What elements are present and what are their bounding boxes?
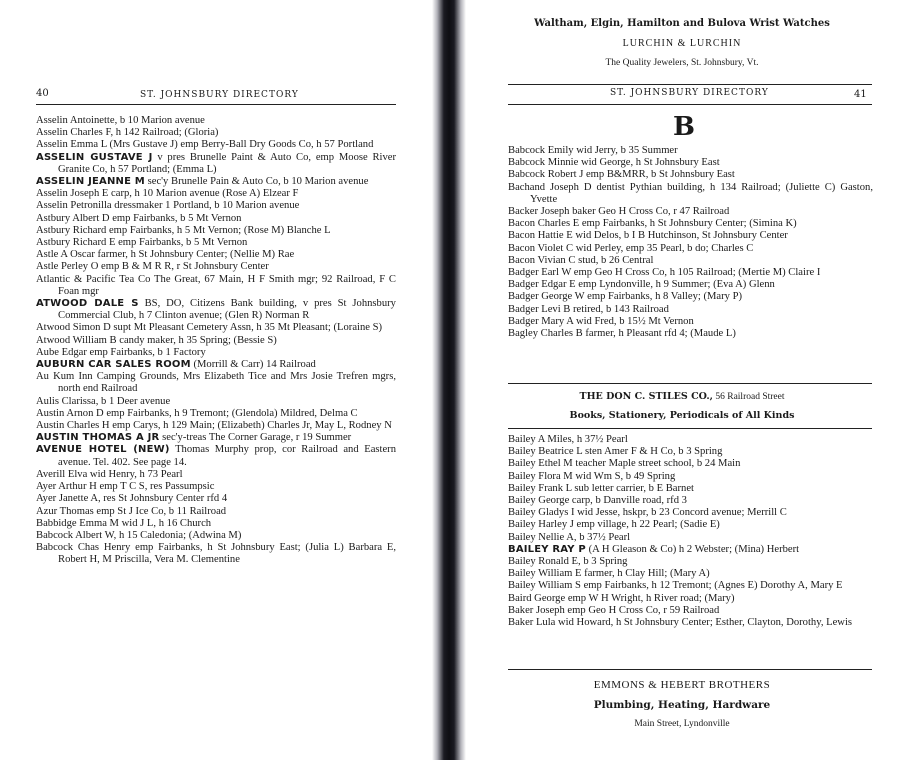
page-number: 41 — [854, 89, 867, 100]
entry-bold-name: ASSELIN GUSTAVE J — [36, 152, 153, 163]
directory-entry: Babcock Chas Henry emp Fairbanks, h St J… — [36, 542, 396, 566]
entry-text: Baker Lula wid Howard, h St Johnsbury Ce… — [508, 617, 852, 628]
directory-entry: Bailey Flora M wid Wm S, b 49 Spring — [508, 471, 873, 483]
ad-line: THE DON C. STILES CO., 56 Railroad Stree… — [460, 391, 904, 402]
directory-entry: Bailey Frank L sub letter carrier, b E B… — [508, 483, 873, 495]
directory-entry: AUBURN CAR SALES ROOM (Morrill & Carr) 1… — [36, 359, 396, 371]
directory-entry: Ayer Janette A, res St Johnsbury Center … — [36, 493, 396, 505]
directory-entry: Bacon Violet C wid Perley, emp 35 Pearl,… — [508, 243, 873, 255]
entry-text: Averill Elva wid Henry, h 73 Pearl — [36, 469, 183, 480]
running-head: ST. JOHNSBURY DIRECTORY — [140, 90, 299, 100]
directory-entry: Badger Mary A wid Fred, b 15½ Mt Vernon — [508, 316, 873, 328]
entry-text: Atlantic & Pacific Tea Co The Great, 67 … — [36, 274, 396, 297]
directory-entry: Bailey Ethel M teacher Maple street scho… — [508, 458, 873, 470]
entry-text: Bailey Gladys I wid Jesse, hskpr, b 23 C… — [508, 507, 787, 518]
entry-text: Bailey William E farmer, h Clay Hill; (M… — [508, 568, 710, 579]
entry-text: Babcock Albert W, h 15 Caledonia; (Adwin… — [36, 530, 241, 541]
entry-text: Astbury Albert D emp Fairbanks, b 5 Mt V… — [36, 213, 241, 224]
directory-entry: Astle Perley O emp B & M R R, r St Johns… — [36, 261, 396, 273]
directory-entries: Babcock Emily wid Jerry, b 35 SummerBabc… — [508, 145, 873, 340]
ad-rule — [508, 84, 872, 85]
directory-entry: Bailey Harley J emp village, h 22 Pearl;… — [508, 519, 873, 531]
directory-entry: Bailey William S emp Fairbanks, h 12 Tre… — [508, 580, 873, 592]
directory-entry: Bailey Beatrice L sten Amer F & H Co, b … — [508, 446, 873, 458]
entry-text: Astle Perley O emp B & M R R, r St Johns… — [36, 261, 269, 272]
directory-entry: Babcock Robert J emp B&MRR, b St Johnsbu… — [508, 169, 873, 181]
directory-entry: Bailey George carp, b Danville road, rfd… — [508, 495, 873, 507]
directory-entries: Bailey A Miles, h 37½ PearlBailey Beatri… — [508, 434, 873, 629]
entry-text: sec'y-treas The Corner Garage, r 19 Summ… — [159, 432, 351, 443]
directory-entry: Aube Edgar emp Fairbanks, b 1 Factory — [36, 347, 396, 359]
directory-entry: Babbidge Emma M wid J L, h 16 Church — [36, 518, 396, 530]
directory-entry: Averill Elva wid Henry, h 73 Pearl — [36, 469, 396, 481]
entry-text: sec'y Brunelle Pain & Auto Co, b 10 Mari… — [145, 176, 368, 187]
ad-rule — [508, 428, 872, 429]
entry-text: Ayer Arthur H emp T C S, res Passumpsic — [36, 481, 214, 492]
entry-bold-name: AUBURN CAR SALES ROOM — [36, 359, 191, 370]
entry-text: Azur Thomas emp St J Ice Co, b 11 Railro… — [36, 506, 226, 517]
entry-text: Au Kum Inn Camping Grounds, Mrs Elizabet… — [36, 371, 396, 394]
directory-entry: Badger Earl W emp Geo H Cross Co, h 105 … — [508, 267, 873, 279]
directory-entry: BAILEY RAY P (A H Gleason & Co) h 2 Webs… — [508, 544, 873, 556]
directory-entries: Asselin Antoinette, b 10 Marion avenueAs… — [36, 115, 396, 567]
entry-text: Babbidge Emma M wid J L, h 16 Church — [36, 518, 211, 529]
ad-line: Books, Stationery, Periodicals of All Ki… — [460, 410, 904, 421]
entry-text: Asselin Joseph E carp, h 10 Marion avenu… — [36, 188, 298, 199]
directory-entry: Astbury Richard E emp Fairbanks, b 5 Mt … — [36, 237, 396, 249]
directory-entry: Bagley Charles B farmer, h Pleasant rfd … — [508, 328, 873, 340]
entry-text: Bailey A Miles, h 37½ Pearl — [508, 434, 628, 445]
directory-entry: Azur Thomas emp St J Ice Co, b 11 Railro… — [36, 506, 396, 518]
entry-text: Austin Arnon D emp Fairbanks, h 9 Tremon… — [36, 408, 358, 419]
entry-text: Badger Edgar E emp Lyndonville, h 9 Summ… — [508, 279, 775, 290]
entry-text: Atwood Simon D supt Mt Pleasant Cemetery… — [36, 322, 382, 333]
entry-text: Ayer Janette A, res St Johnsbury Center … — [36, 493, 227, 504]
entry-bold-name: AVENUE HOTEL (NEW) — [36, 444, 170, 455]
directory-entry: Asselin Antoinette, b 10 Marion avenue — [36, 115, 396, 127]
entry-text: Babcock Minnie wid George, h St Johnsbur… — [508, 157, 720, 168]
entry-text: Bagley Charles B farmer, h Pleasant rfd … — [508, 328, 736, 339]
ad-rule — [508, 669, 872, 670]
entry-text: Aube Edgar emp Fairbanks, b 1 Factory — [36, 347, 206, 358]
entry-bold-name: ATWOOD DALE S — [36, 298, 139, 309]
directory-entry: Baird George emp W H Wright, h River roa… — [508, 593, 873, 605]
ad-rule — [508, 383, 872, 384]
directory-entry: ASSELIN JEANNE M sec'y Brunelle Pain & A… — [36, 176, 396, 188]
entry-text: Bailey Frank L sub letter carrier, b E B… — [508, 483, 694, 494]
bottom-advertisement: EMMONS & HEBERT BROTHERS Plumbing, Heati… — [460, 679, 904, 729]
ad-company-name: LURCHIN & LURCHIN — [460, 38, 904, 49]
entry-text: Baird George emp W H Wright, h River roa… — [508, 593, 735, 604]
entry-text: Asselin Petronilla dressmaker 1 Portland… — [36, 200, 299, 211]
entry-text: Bachand Joseph D dentist Pythian buildin… — [508, 182, 873, 205]
ad-line: The Quality Jewelers, St. Johnsbury, Vt. — [460, 58, 904, 68]
running-head: ST. JOHNSBURY DIRECTORY — [610, 88, 769, 98]
entry-text: Babcock Robert J emp B&MRR, b St Johnsbu… — [508, 169, 735, 180]
entry-text: Badger Levi B retired, b 143 Railroad — [508, 304, 669, 315]
directory-entry: Astle A Oscar farmer, h St Johnsbury Cen… — [36, 249, 396, 261]
entry-bold-name: BAILEY RAY P — [508, 544, 586, 555]
directory-entry: Babcock Emily wid Jerry, b 35 Summer — [508, 145, 873, 157]
directory-entry: Asselin Joseph E carp, h 10 Marion avenu… — [36, 188, 396, 200]
entry-text: Badger George W emp Fairbanks, h 8 Valle… — [508, 291, 742, 302]
entry-bold-name: ASSELIN JEANNE M — [36, 176, 145, 187]
directory-entry: Bacon Charles E emp Fairbanks, h St John… — [508, 218, 873, 230]
entry-text: Bailey William S emp Fairbanks, h 12 Tre… — [508, 580, 843, 591]
directory-entry: Bacon Hattie E wid Delos, b I B Hutchins… — [508, 230, 873, 242]
entry-text: Bacon Charles E emp Fairbanks, h St John… — [508, 218, 797, 229]
header-rule — [36, 104, 396, 105]
entry-text: Babcock Chas Henry emp Fairbanks, h St J… — [36, 542, 396, 565]
section-letter: B — [673, 112, 695, 142]
entry-text: Asselin Charles F, h 142 Railroad; (Glor… — [36, 127, 218, 138]
directory-entry: Bailey A Miles, h 37½ Pearl — [508, 434, 873, 446]
entry-text: Aulis Clarissa, b 1 Deer avenue — [36, 396, 170, 407]
entry-text: (Morrill & Carr) 14 Railroad — [191, 359, 316, 370]
directory-entry: Au Kum Inn Camping Grounds, Mrs Elizabet… — [36, 371, 396, 395]
directory-entry: Baker Joseph emp Geo H Cross Co, r 59 Ra… — [508, 605, 873, 617]
directory-entry: Babcock Albert W, h 15 Caledonia; (Adwin… — [36, 530, 396, 542]
ad-address: 56 Railroad Street — [713, 392, 785, 402]
entry-bold-name: AUSTIN THOMAS A JR — [36, 432, 159, 443]
entry-text: Badger Earl W emp Geo H Cross Co, h 105 … — [508, 267, 820, 278]
ad-line: Main Street, Lyndonville — [460, 719, 904, 729]
directory-entry: Austin Arnon D emp Fairbanks, h 9 Tremon… — [36, 408, 396, 420]
directory-entry: Bailey Gladys I wid Jesse, hskpr, b 23 C… — [508, 507, 873, 519]
directory-entry: Babcock Minnie wid George, h St Johnsbur… — [508, 157, 873, 169]
directory-entry: Astbury Richard emp Fairbanks, h 5 Mt Ve… — [36, 225, 396, 237]
directory-entry: Atwood William B candy maker, h 35 Sprin… — [36, 335, 396, 347]
ad-company-name: EMMONS & HEBERT BROTHERS — [460, 679, 904, 691]
entry-text: Atwood William B candy maker, h 35 Sprin… — [36, 335, 277, 346]
directory-entry: Badger Edgar E emp Lyndonville, h 9 Summ… — [508, 279, 873, 291]
entry-text: Bailey Nellie A, b 37½ Pearl — [508, 532, 630, 543]
directory-entry: Austin Charles H emp Carys, h 129 Main; … — [36, 420, 396, 432]
entry-text: Babcock Emily wid Jerry, b 35 Summer — [508, 145, 678, 156]
right-page: Waltham, Elgin, Hamilton and Bulova Wris… — [460, 0, 904, 771]
directory-entry: Atwood Simon D supt Mt Pleasant Cemetery… — [36, 322, 396, 334]
directory-entry: Bailey Nellie A, b 37½ Pearl — [508, 532, 873, 544]
entry-text: Bailey Flora M wid Wm S, b 49 Spring — [508, 471, 675, 482]
directory-entry: ATWOOD DALE S BS, DO, Citizens Bank buil… — [36, 298, 396, 322]
directory-entry: Baker Lula wid Howard, h St Johnsbury Ce… — [508, 617, 873, 629]
entry-text: Bacon Hattie E wid Delos, b I B Hutchins… — [508, 230, 788, 241]
entry-text: (A H Gleason & Co) h 2 Webster; (Mina) H… — [586, 544, 799, 555]
directory-entry: AVENUE HOTEL (NEW) Thomas Murphy prop, c… — [36, 444, 396, 468]
directory-entry: Asselin Petronilla dressmaker 1 Portland… — [36, 200, 396, 212]
entry-text: Bailey Harley J emp village, h 22 Pearl;… — [508, 519, 720, 530]
top-advertisement: Waltham, Elgin, Hamilton and Bulova Wris… — [460, 18, 904, 68]
entry-text: Asselin Emma L (Mrs Gustave J) emp Berry… — [36, 139, 373, 150]
entry-text: Bailey George carp, b Danville road, rfd… — [508, 495, 687, 506]
header-rule — [508, 104, 872, 105]
entry-text: Asselin Antoinette, b 10 Marion avenue — [36, 115, 205, 126]
entry-text: Bacon Violet C wid Perley, emp 35 Pearl,… — [508, 243, 753, 254]
entry-text: Austin Charles H emp Carys, h 129 Main; … — [36, 420, 392, 431]
entry-text: Astle A Oscar farmer, h St Johnsbury Cen… — [36, 249, 294, 260]
directory-entry: AUSTIN THOMAS A JR sec'y-treas The Corne… — [36, 432, 396, 444]
entry-text: Backer Joseph baker Geo H Cross Co, r 47… — [508, 206, 729, 217]
ad-company-name: THE DON C. STILES CO., — [580, 391, 713, 402]
ad-line: Waltham, Elgin, Hamilton and Bulova Wris… — [460, 18, 904, 29]
entry-text: Badger Mary A wid Fred, b 15½ Mt Vernon — [508, 316, 694, 327]
ad-line: Plumbing, Heating, Hardware — [460, 699, 904, 711]
page-number: 40 — [36, 88, 49, 99]
directory-entry: Badger George W emp Fairbanks, h 8 Valle… — [508, 291, 873, 303]
entry-text: Bacon Vivian C stud, b 26 Central — [508, 255, 653, 266]
directory-entry: Ayer Arthur H emp T C S, res Passumpsic — [36, 481, 396, 493]
middle-advertisement: THE DON C. STILES CO., 56 Railroad Stree… — [460, 391, 904, 421]
directory-entry: Atlantic & Pacific Tea Co The Great, 67 … — [36, 274, 396, 298]
entry-text: Bailey Ronald E, b 3 Spring — [508, 556, 627, 567]
entry-text: Astbury Richard E emp Fairbanks, b 5 Mt … — [36, 237, 247, 248]
entry-text: Baker Joseph emp Geo H Cross Co, r 59 Ra… — [508, 605, 719, 616]
directory-entry: Asselin Charles F, h 142 Railroad; (Glor… — [36, 127, 396, 139]
directory-entry: ASSELIN GUSTAVE J v pres Brunelle Paint … — [36, 152, 396, 176]
directory-entry: Aulis Clarissa, b 1 Deer avenue — [36, 396, 396, 408]
entry-text: Bailey Ethel M teacher Maple street scho… — [508, 458, 740, 469]
directory-entry: Bailey William E farmer, h Clay Hill; (M… — [508, 568, 873, 580]
directory-entry: Asselin Emma L (Mrs Gustave J) emp Berry… — [36, 139, 396, 151]
directory-entry: Bacon Vivian C stud, b 26 Central — [508, 255, 873, 267]
directory-entry: Bailey Ronald E, b 3 Spring — [508, 556, 873, 568]
directory-entry: Badger Levi B retired, b 143 Railroad — [508, 304, 873, 316]
entry-text: Astbury Richard emp Fairbanks, h 5 Mt Ve… — [36, 225, 331, 236]
directory-entry: Backer Joseph baker Geo H Cross Co, r 47… — [508, 206, 873, 218]
directory-entry: Astbury Albert D emp Fairbanks, b 5 Mt V… — [36, 213, 396, 225]
directory-entry: Bachand Joseph D dentist Pythian buildin… — [508, 182, 873, 206]
entry-text: Bailey Beatrice L sten Amer F & H Co, b … — [508, 446, 722, 457]
left-page: 40 ST. JOHNSBURY DIRECTORY Asselin Antoi… — [0, 0, 438, 771]
